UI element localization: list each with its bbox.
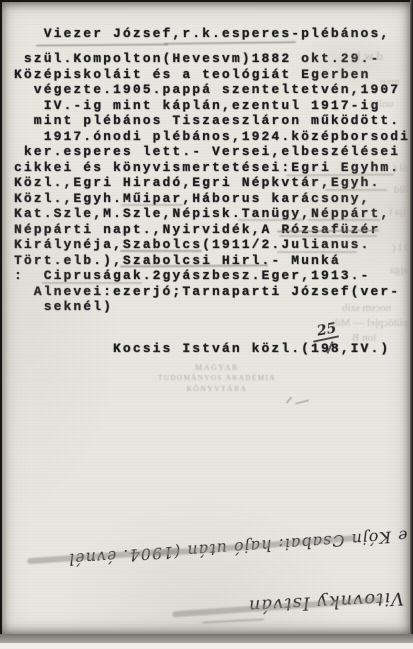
pencil-underline-name-2 bbox=[164, 41, 296, 44]
bleed-through-fragment: ajga bbox=[390, 264, 408, 276]
bleed-through-fragment: nocsm szib bbox=[342, 302, 391, 314]
typed-line: : Cipruságak.2gyászbesz.Eger,1913.- bbox=[14, 269, 370, 283]
typed-line: Középiskoláit és a teológiát Egerben bbox=[14, 68, 370, 82]
bleed-through-fragment: mvo bbox=[380, 76, 400, 88]
stamp-line-1: MAGYAR bbox=[152, 363, 282, 372]
pencil-underline-muipar bbox=[121, 204, 183, 206]
stamp-line-3: KÖNYVTÁRA bbox=[152, 384, 282, 393]
stamp-line-2: TUDOMÁNYOS AKADÉMIA bbox=[152, 374, 282, 382]
typed-line: Viezer József,r.k.esperes-plébános, bbox=[14, 27, 390, 41]
photo-bottom-strip bbox=[0, 634, 413, 643]
typed-line: 1917.ónodi plébános,1924.középborsodi bbox=[14, 130, 410, 144]
stamp-squiggle-icon bbox=[295, 399, 309, 404]
pencil-underline-egyh bbox=[325, 189, 387, 191]
typed-line: seknél) bbox=[14, 300, 113, 314]
typed-line: Közl.,Egyh.Műipar,Háborus karácsony, bbox=[14, 192, 370, 206]
bleed-through-fragment: ól ( bbox=[393, 162, 408, 174]
typed-line: Alnevei:ezerjó;Tarnaparti József(ver- bbox=[14, 285, 400, 299]
typed-line: cikkei és könyvismertetései:Egri Egyhm. bbox=[14, 161, 400, 175]
typed-line: Közl.,Egri Hiradó,Egri Népkvtár,Egyh. bbox=[14, 176, 380, 190]
bleed-through-fragment: unllit bbox=[370, 98, 393, 110]
typed-line: szül.Kompolton(Hevesvm)1882 okt.29.- bbox=[14, 52, 380, 66]
bleed-through-fragment: ion B bbox=[352, 332, 376, 344]
note2-underline bbox=[202, 618, 264, 623]
typed-line: végezte.1905.pappá szenteltetvén,1907 bbox=[14, 83, 400, 97]
photo-frame: Viezer József,r.k.esperes-plébános, szül… bbox=[0, 0, 413, 649]
typed-line: IV.-ig mint káplán,ezentul 1917-ig bbox=[14, 99, 380, 113]
typed-line: Kocsis István közl.(198,IV.) bbox=[14, 342, 390, 356]
bleed-through-fragment: d w h bbox=[354, 48, 383, 64]
pencil-underline-tanugy bbox=[238, 219, 304, 221]
photo-bottom-margin bbox=[0, 643, 413, 649]
pencil-underline-julianus bbox=[277, 251, 357, 253]
bleed-through-fragment: öld bbox=[394, 184, 408, 196]
pencil-underline-cipirusagak bbox=[42, 282, 142, 284]
typed-line: mint plébános Tiszaeszláron működött. bbox=[14, 114, 400, 128]
bleed-through-fragment: icpülőcpjel — Mib bbox=[332, 317, 413, 329]
catalog-card: Viezer József,r.k.esperes-plébános, szül… bbox=[2, 2, 410, 634]
pencil-underline-rozsafuzer bbox=[279, 235, 377, 237]
stamp-squiggle-icon bbox=[286, 396, 293, 403]
pencil-underline-name bbox=[36, 43, 168, 46]
typed-line: ker.esperes lett.- Versei,elbeszélései bbox=[14, 145, 400, 159]
library-stamp: MAGYAR TUDOMÁNYOS AKADÉMIA KÖNYVTÁRA bbox=[152, 363, 282, 393]
pencil-underline-neppart bbox=[308, 219, 380, 221]
bleed-through-fragment: ija t bbox=[389, 206, 406, 218]
pencil-underline-szabolcs bbox=[120, 250, 202, 252]
